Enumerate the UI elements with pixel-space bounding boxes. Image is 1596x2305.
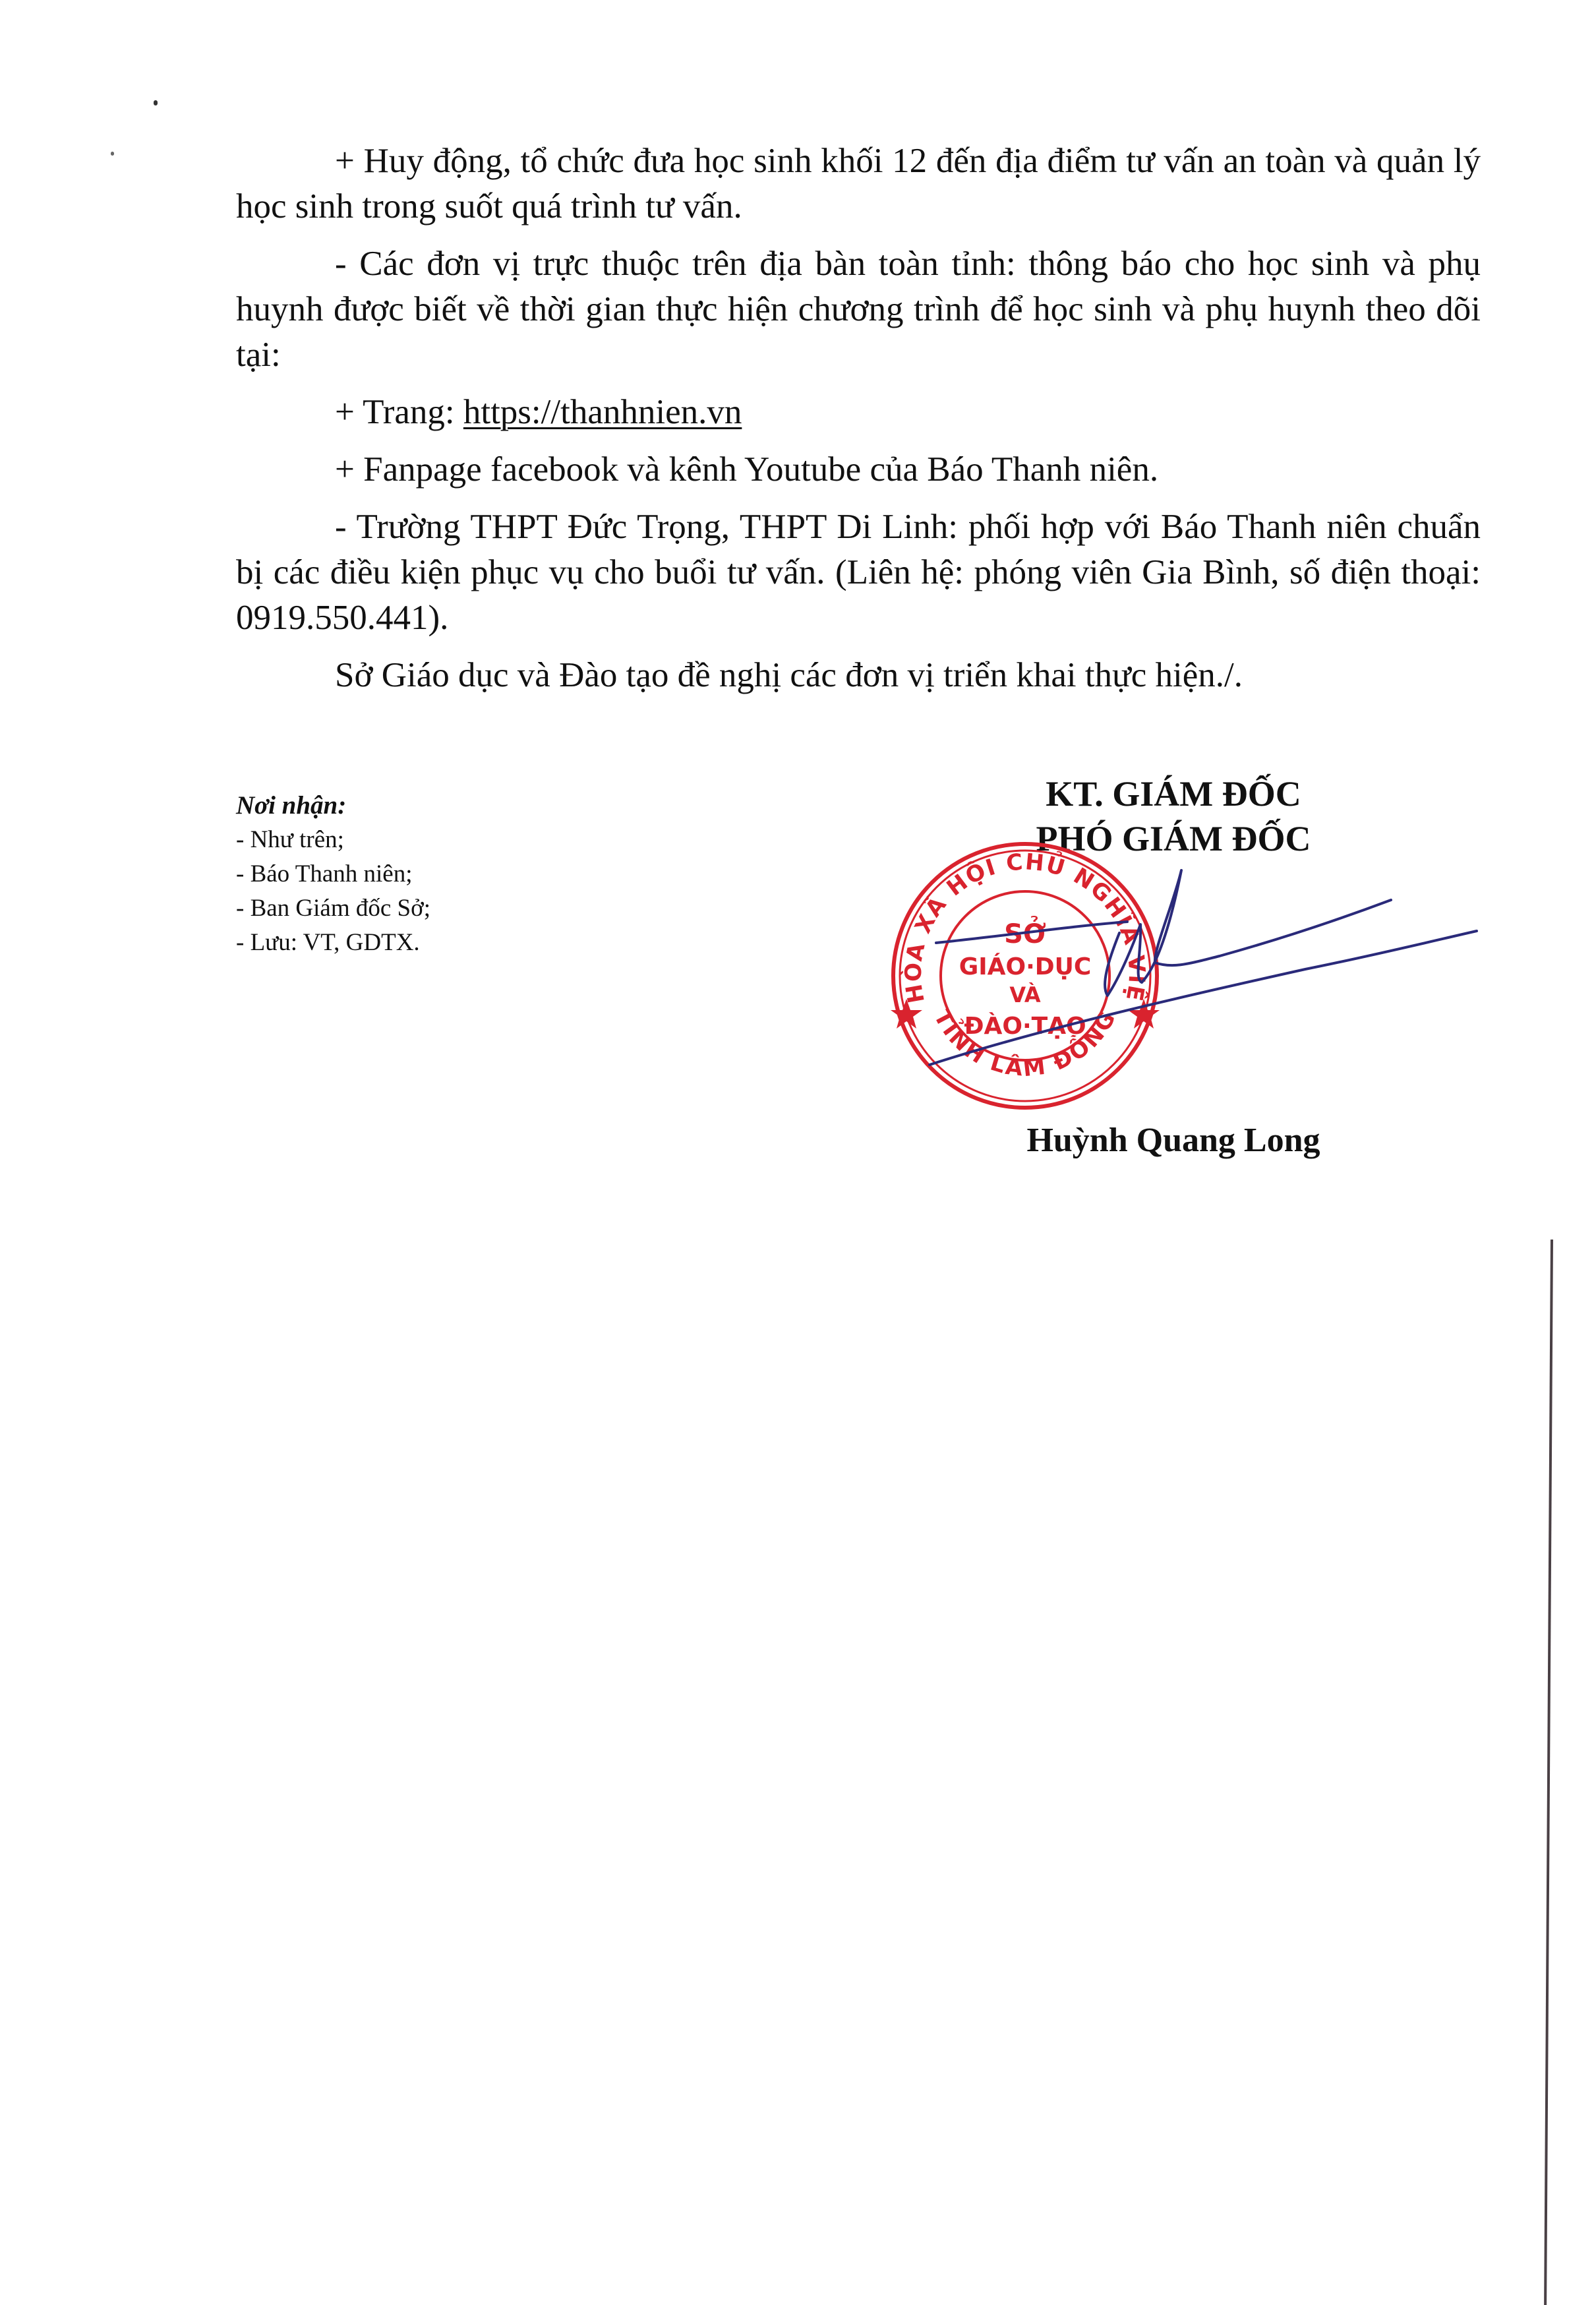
scan-speck (154, 100, 158, 105)
recipients-list: - Như trên; - Báo Thanh niên; - Ban Giám… (236, 823, 430, 960)
paragraph-website: + Trang: https://thanhnien.vn (236, 390, 1481, 435)
recipients-heading: Nơi nhận: (236, 789, 430, 823)
document-page: + Huy động, tổ chức đưa học sinh khối 12… (0, 0, 1596, 2305)
handwritten-signature-icon (910, 864, 1490, 1101)
signer-name: Huỳnh Quang Long (936, 1121, 1411, 1160)
recipient-item: - Lưu: VT, GDTX. (236, 926, 430, 960)
recipient-item: - Báo Thanh niên; (236, 857, 430, 891)
paragraph-closing: Sở Giáo dục và Đào tạo đề nghị các đơn v… (236, 653, 1481, 698)
paragraph-fanpage: + Fanpage facebook và kênh Youtube của B… (236, 447, 1481, 493)
signer-title-line1: KT. GIÁM ĐỐC (936, 771, 1411, 816)
document-body: + Huy động, tổ chức đưa học sinh khối 12… (236, 138, 1481, 710)
recipient-item: - Ban Giám đốc Sở; (236, 891, 430, 926)
recipients-block: Nơi nhận: - Như trên; - Báo Thanh niên; … (236, 789, 430, 960)
paragraph-mobilize-students: + Huy động, tổ chức đưa học sinh khối 12… (236, 138, 1481, 229)
scan-speck (111, 152, 114, 156)
website-link[interactable]: https://thanhnien.vn (463, 393, 742, 431)
scan-edge-line (1544, 1240, 1553, 2305)
website-prefix: + Trang: (335, 393, 463, 431)
paragraph-schools: - Trường THPT Đức Trọng, THPT Di Linh: p… (236, 504, 1481, 641)
paragraph-units-notify: - Các đơn vị trực thuộc trên địa bàn toà… (236, 241, 1481, 378)
recipient-item: - Như trên; (236, 823, 430, 857)
